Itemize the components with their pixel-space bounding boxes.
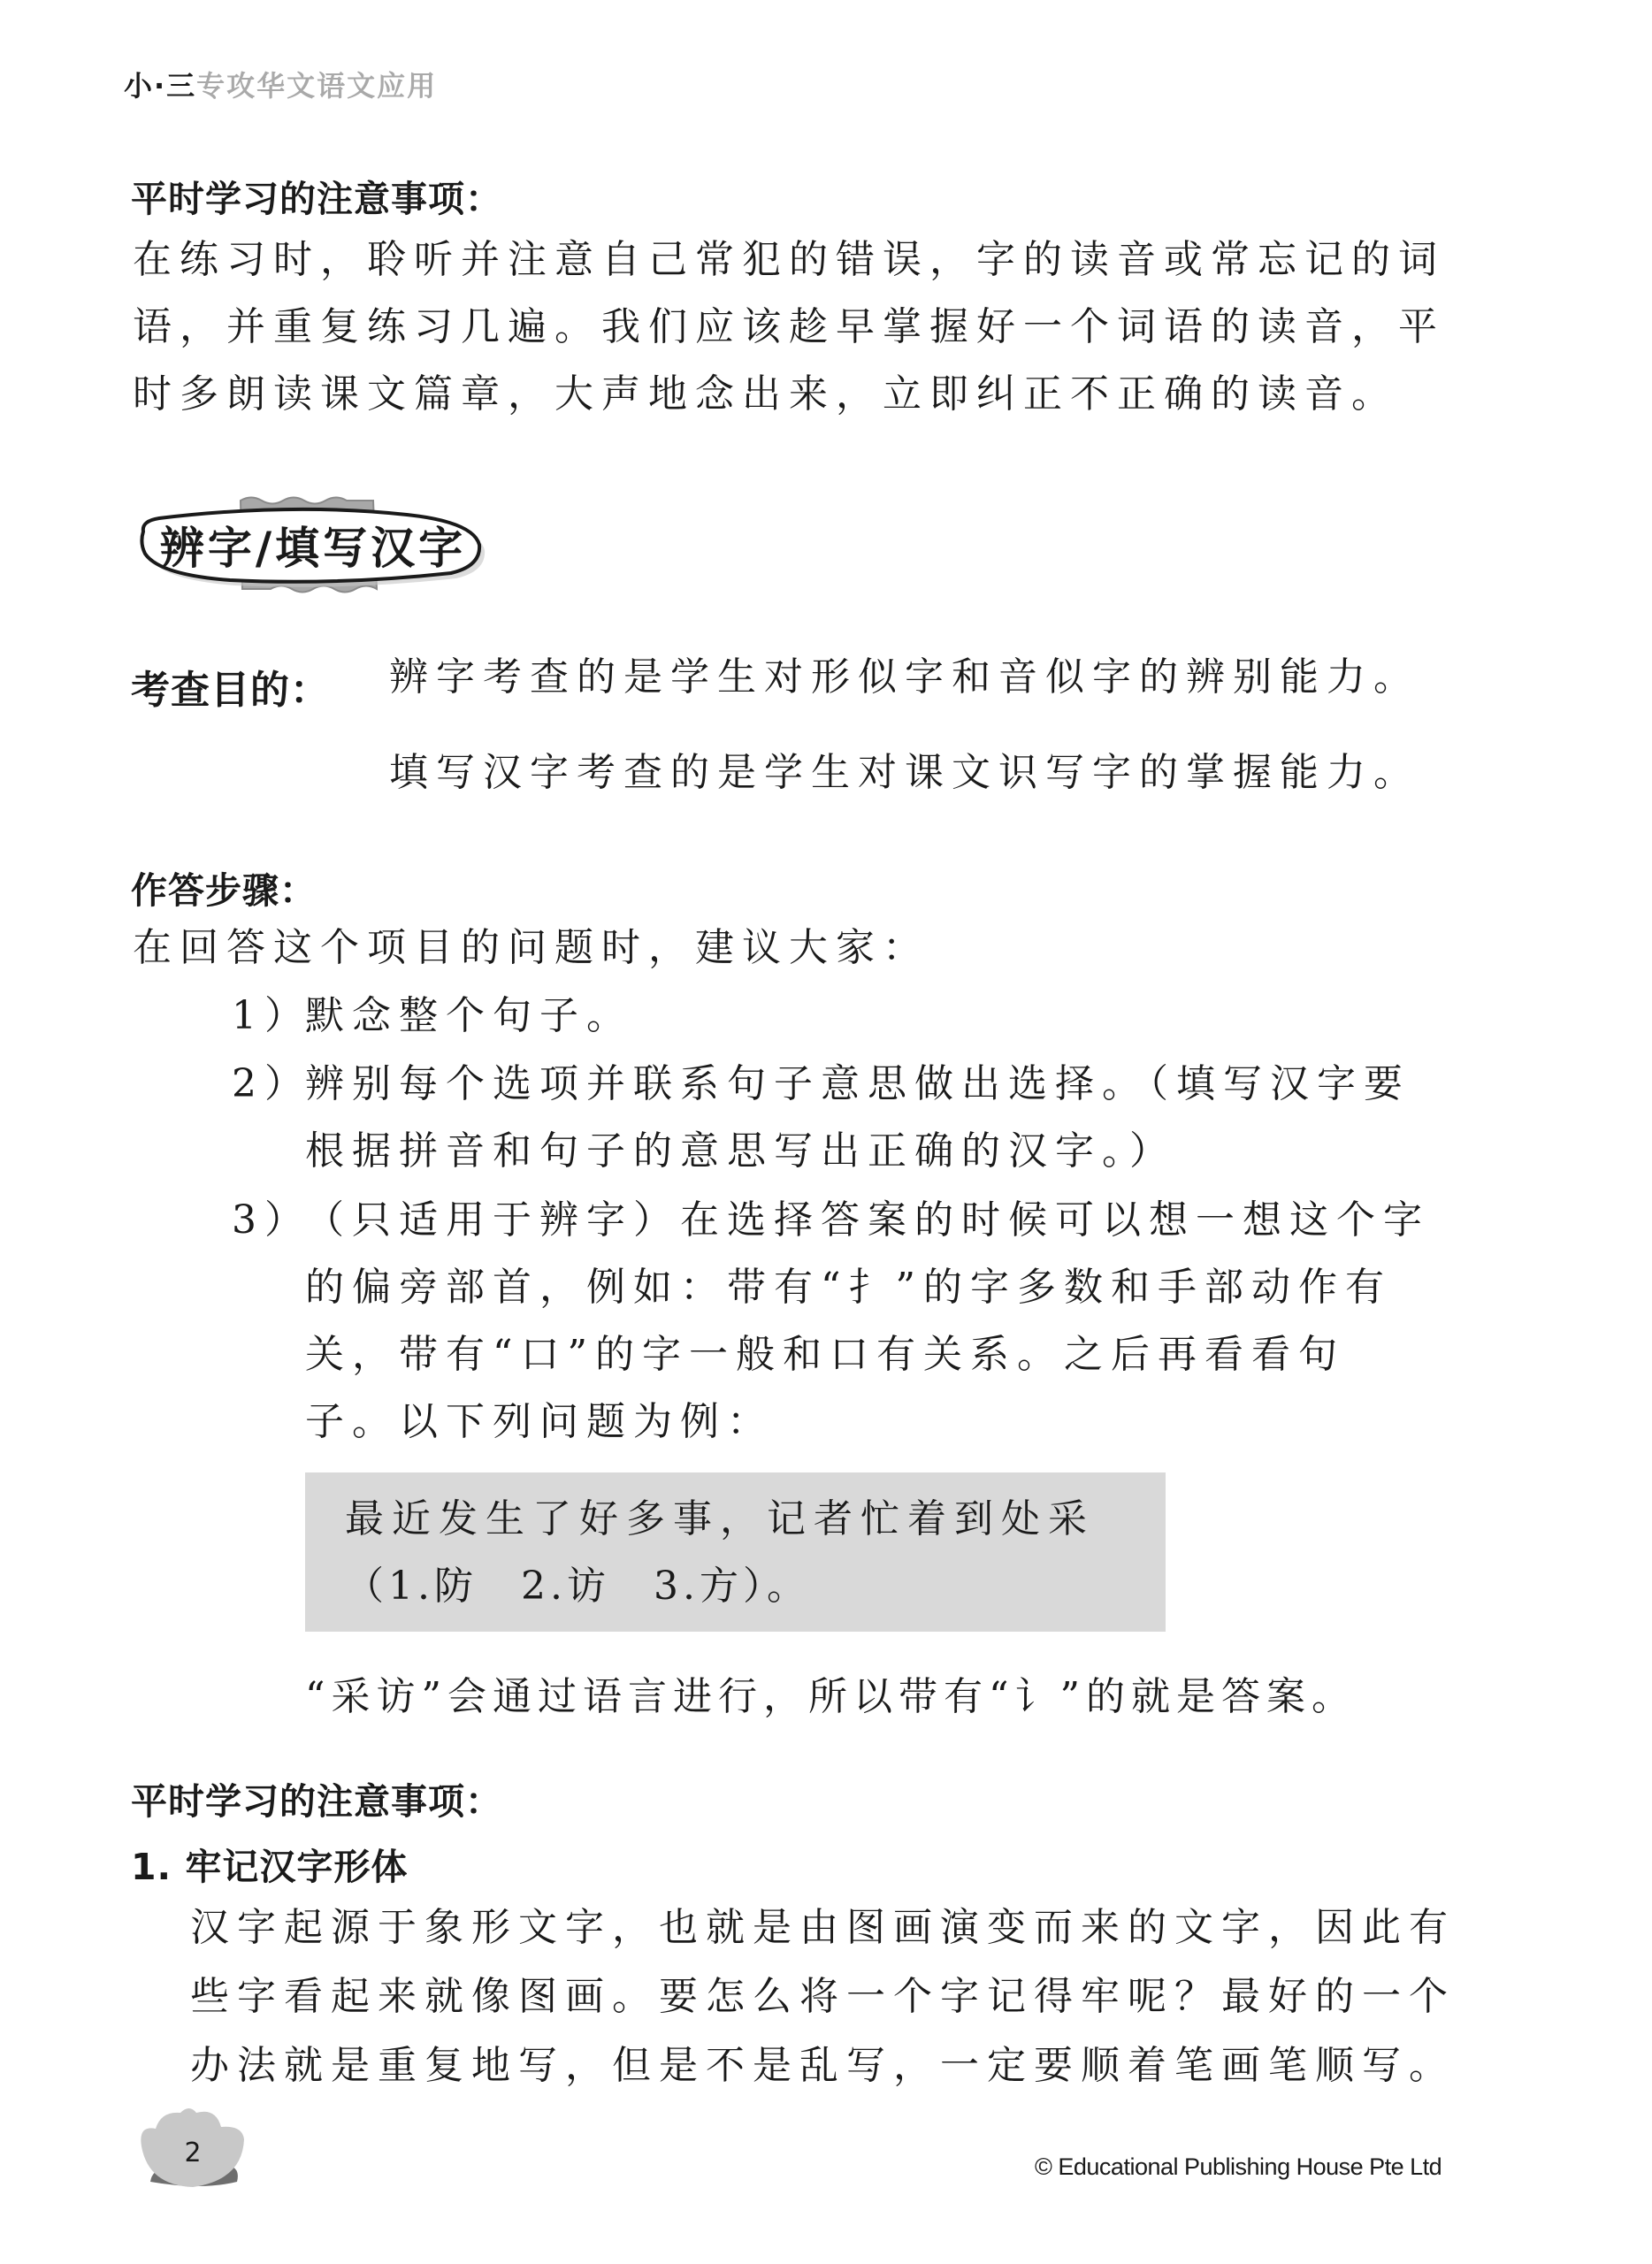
example-explanation: “采访”会通过语言进行，所以带有“讠”的就是答案。 (305, 1678, 1357, 1717)
step-3-line-4: 子。以下列问题为例： (305, 1403, 774, 1442)
step-3-number: 3） (232, 1201, 311, 1240)
example-question-line-1: 最近发生了好多事，记者忙着到处采 (345, 1500, 1095, 1539)
step-3-line-1: （只适用于辨字）在选择答案的时候可以想一想这个字 (305, 1201, 1430, 1240)
step-2-line-1: 辨别每个选项并联系句子意思做出选择。（填写汉字要 (305, 1065, 1411, 1104)
page-number: 2 (131, 2100, 255, 2198)
steps-intro: 在回答这个项目的问题时，建议大家： (133, 929, 929, 968)
section2-heading: 平时学习的注意事项： (131, 1772, 502, 1824)
objective-line-2: 填写汉字考查的是学生对课文识写字的掌握能力。 (389, 753, 1420, 792)
section2-line-3: 办法就是重复地写，但是不是乱写，一定要顺着笔画笔顺写。 (190, 2046, 1456, 2085)
steps-heading: 作答步骤： (131, 861, 317, 914)
section1-heading: 平时学习的注意事项： (131, 170, 502, 222)
step-3-line-2: 的偏旁部首，例如：带有“扌”的字多数和手部动作有 (305, 1268, 1392, 1307)
section2-line-2: 些字看起来就像图画。要怎么将一个字记得牢呢？最好的一个 (190, 1977, 1456, 2016)
step-1-line-1: 默念整个句子。 (305, 997, 633, 1036)
section1-line-2: 语，并重复练习几遍。我们应该趁早掌握好一个词语的读音，平 (133, 308, 1445, 347)
page-number-badge: 2 (131, 2100, 255, 2198)
step-2-line-2: 根据拼音和句子的意思写出正确的汉字。） (305, 1132, 1176, 1171)
step-1-number: 1） (232, 997, 311, 1036)
series-prefix: 小·三 (124, 69, 196, 103)
objective-label: 考查目的： (131, 658, 330, 715)
series-title: 专攻华文语文应用 (196, 69, 437, 103)
section1-line-1: 在练习时，聆听并注意自己常犯的错误，字的读音或常忘记的词 (133, 241, 1445, 279)
section-banner: 辨字/填写汉字 (133, 492, 493, 598)
banner-title: 辨字/填写汉字 (133, 492, 493, 598)
example-options: （1.防 2.访 3.方）。 (345, 1567, 810, 1606)
step-2-number: 2） (232, 1065, 311, 1104)
running-header: 小·三专攻华文语文应用 (124, 64, 437, 104)
section2-line-1: 汉字起源于象形文字，也就是由图画演变而来的文字，因此有 (190, 1908, 1456, 1947)
section2-subheading: 1. 牢记汉字形体 (131, 1838, 408, 1890)
section1-line-3: 时多朗读课文篇章，大声地念出来，立即纠正不正确的读音。 (133, 375, 1398, 414)
objective-line-1: 辨字考查的是学生对形似字和音似字的辨别能力。 (389, 658, 1420, 697)
step-3-line-3: 关，带有“口”的字一般和口有关系。之后再看看句 (305, 1335, 1345, 1374)
copyright: © Educational Publishing House Pte Ltd (1035, 2153, 1442, 2181)
